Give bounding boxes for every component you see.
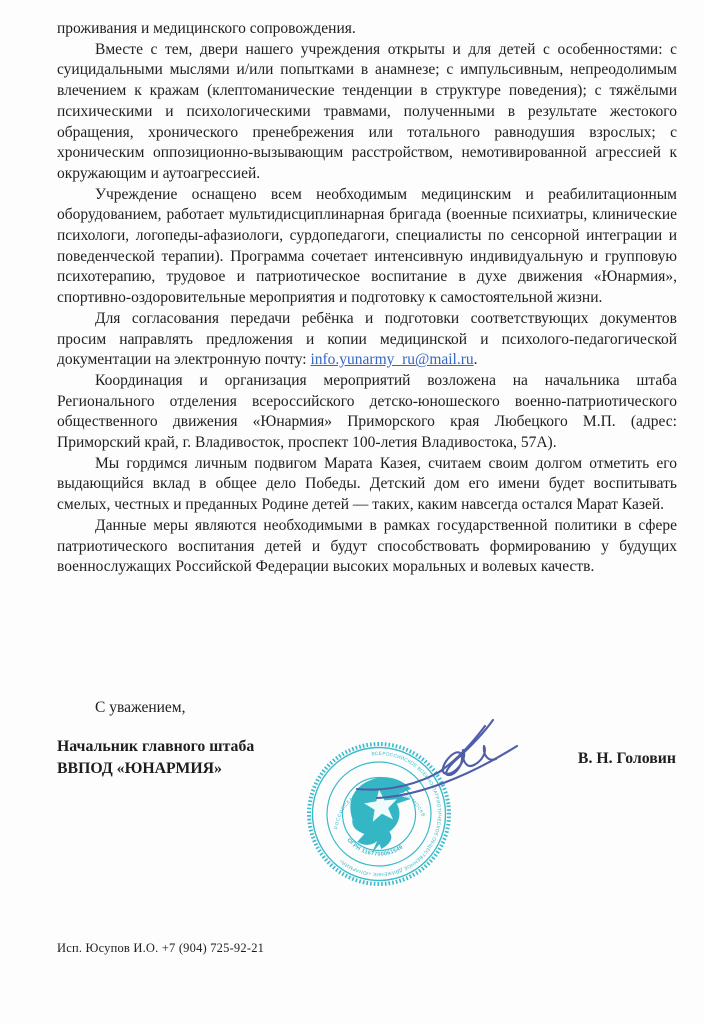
executor-contact: Исп. Юсупов И.О. +7 (904) 725-92-21 — [57, 941, 264, 956]
paragraph-continuation: проживания и медицинского сопровождения. — [57, 19, 677, 40]
paragraph-measures: Данные меры являются необходимыми в рамк… — [57, 516, 677, 578]
paragraph-email: Для согласования передачи ребёнка и подг… — [57, 309, 677, 371]
signer-name: В. Н. Головин — [578, 748, 676, 780]
yunarmiya-eagle-star-icon — [347, 774, 418, 855]
closing-salutation: С уважением, — [95, 699, 186, 717]
paragraph-equipment: Учреждение оснащено всем необходимым мед… — [57, 185, 677, 309]
paragraph-doors-open: Вместе с тем, двери нашего учреждения от… — [57, 40, 677, 185]
paragraph-email-suffix: . — [474, 351, 478, 368]
svg-text:РОССИЙСКАЯ ФЕДЕРАЦИЯ ГОРОД МОС: РОССИЙСКАЯ ФЕДЕРАЦИЯ ГОРОД МОСКВА — [329, 780, 426, 830]
signer-title-line2: ВВПОД «ЮНАРМИЯ» — [57, 758, 254, 780]
signature-block: Начальник главного штаба ВВПОД «ЮНАРМИЯ»… — [57, 736, 676, 779]
paragraph-coordination: Координация и организация мероприятий во… — [57, 371, 677, 454]
paragraph-pride: Мы гордимся личным подвигом Марата Казея… — [57, 454, 677, 516]
stamp-ogrn-text: ОГРН 1167700061549 — [345, 831, 405, 862]
letter-body: проживания и медицинского сопровождения.… — [57, 19, 677, 578]
svg-text:ОГРН 1167700061549: ОГРН 1167700061549 — [345, 831, 405, 862]
signer-title-line1: Начальник главного штаба — [57, 736, 254, 758]
signer-title: Начальник главного штаба ВВПОД «ЮНАРМИЯ» — [57, 736, 254, 779]
stamp-inner-ring-text: РОССИЙСКАЯ ФЕДЕРАЦИЯ ГОРОД МОСКВА — [329, 780, 426, 830]
email-link[interactable]: info.yunarmy_ru@mail.ru — [310, 351, 473, 368]
letter-page: проживания и медицинского сопровождения.… — [0, 0, 704, 1024]
